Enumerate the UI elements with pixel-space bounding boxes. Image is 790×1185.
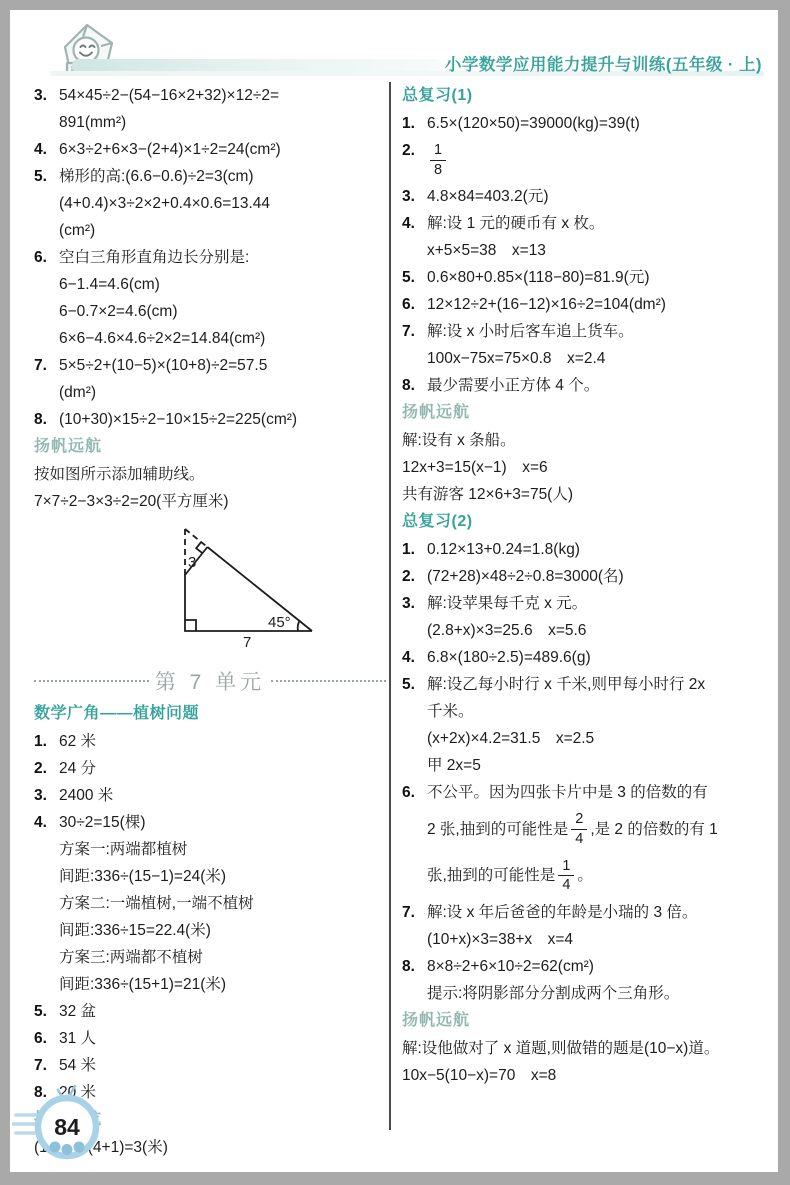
answer-line: 18 xyxy=(427,137,768,183)
item-body: (72+28)×48÷2÷0.8=3000(名) xyxy=(427,563,768,590)
item-body: 解:设 1 元的硬币有 x 枚。x+5×5=38 x=13 xyxy=(427,210,768,264)
answer-item: 6.31 人 xyxy=(34,1025,386,1052)
answer-line: (10+x)×3=38+x x=4 xyxy=(427,926,768,953)
item-number: 8. xyxy=(402,953,427,1007)
answer-line: 12×12÷2+(16−12)×16÷2=104(dm²) xyxy=(427,291,768,318)
answer-item: 7.解:设 x 小时后客车追上货车。100x−75x=75×0.8 x=2.4 xyxy=(402,318,768,372)
fraction: 14 xyxy=(558,858,574,894)
answer-line: 10x−5(10−x)=70 x=8 xyxy=(402,1062,768,1089)
answer-line: 0.6×80+0.85×(118−80)=81.9(元) xyxy=(427,264,768,291)
item-body: 54 米 xyxy=(59,1052,386,1079)
answer-line: 解:设有 x 条船。 xyxy=(402,427,768,454)
answer-line: 解:设乙每小时行 x 千米,则甲每小时行 2x xyxy=(427,671,768,698)
answer-line: 6−1.4=4.6(cm) xyxy=(59,271,386,298)
answer-item: 1.0.12×13+0.24=1.8(kg) xyxy=(402,536,768,563)
section-title: 数学广角——植树问题 xyxy=(34,700,386,728)
answer-item: 5.解:设乙每小时行 x 千米,则甲每小时行 2x千米。(x+2x)×4.2=3… xyxy=(402,671,768,779)
item-body: 解:设 x 小时后客车追上货车。100x−75x=75×0.8 x=2.4 xyxy=(427,318,768,372)
item-body: 62 米 xyxy=(59,728,386,755)
answer-line: (x+2x)×4.2=31.5 x=2.5 xyxy=(427,725,768,752)
answer-line: 62 米 xyxy=(59,728,386,755)
item-number: 5. xyxy=(402,264,427,291)
answer-item: 1.6.5×(120×50)=39000(kg)=39(t) xyxy=(402,110,768,137)
answer-line: 7×7÷2−3×3÷2=20(平方厘米) xyxy=(34,488,386,515)
answer-item: 6.12×12÷2+(16−12)×16÷2=104(dm²) xyxy=(402,291,768,318)
answer-item: 2.(72+28)×48÷2÷0.8=3000(名) xyxy=(402,563,768,590)
answer-line: 8×8÷2+6×10÷2=62(cm²) xyxy=(427,953,768,980)
answer-item: 7.解:设 x 年后爸爸的年龄是小瑞的 3 倍。(10+x)×3=38+x x=… xyxy=(402,899,768,953)
fraction-numerator: 2 xyxy=(571,811,587,830)
item-body: 30÷2=15(棵)方案一:两端都植树间距:336÷(15−1)=24(米)方案… xyxy=(59,809,386,998)
right-column: 总复习(1)1.6.5×(120×50)=39000(kg)=39(t)2.18… xyxy=(400,82,768,1089)
item-number: 2. xyxy=(34,755,59,782)
item-body: 最少需要小正方体 4 个。 xyxy=(427,372,768,399)
answer-item: 6.不公平。因为四张卡片中是 3 的倍数的有2 张,抽到的可能性是24,是 2 … xyxy=(402,779,768,899)
item-number: 1. xyxy=(402,536,427,563)
answer-line: 31 人 xyxy=(59,1025,386,1052)
answer-line: 最少需要小正方体 4 个。 xyxy=(427,372,768,399)
answer-item: 4.6.8×(180÷2.5)=489.6(g) xyxy=(402,644,768,671)
answer-line: 6.8×(180÷2.5)=489.6(g) xyxy=(427,644,768,671)
unit-divider: 第 7 单元 xyxy=(34,666,386,696)
section-subhead: 扬帆远航 xyxy=(402,399,768,427)
answer-line: 间距:336÷(15−1)=24(米) xyxy=(59,863,386,890)
answer-text: 2 张,抽到的可能性是 xyxy=(427,820,568,839)
answer-item: 8.8×8÷2+6×10÷2=62(cm²)提示:将阴影部分分割成两个三角形。 xyxy=(402,953,768,1007)
answer-line: 6.5×(120×50)=39000(kg)=39(t) xyxy=(427,110,768,137)
answer-item: 7.5×5÷2+(10−5)×(10+8)÷2=57.5(dm²) xyxy=(34,352,386,406)
answer-item: 5.32 盆 xyxy=(34,998,386,1025)
answer-item: 3.54×45÷2−(54−16×2+32)×12÷2=891(mm²) xyxy=(34,82,386,136)
item-body: 12×12÷2+(16−12)×16÷2=104(dm²) xyxy=(427,291,768,318)
item-number: 3. xyxy=(402,590,427,644)
answer-line: 梯形的高:(6.6−0.6)÷2=3(cm) xyxy=(59,163,386,190)
divider-dots xyxy=(34,680,149,682)
answer-line: (dm²) xyxy=(59,379,386,406)
item-number: 5. xyxy=(402,671,427,779)
answer-line: 24 分 xyxy=(59,755,386,782)
page-number-text: 84 xyxy=(54,1114,80,1140)
item-number: 7. xyxy=(402,899,427,953)
item-number: 1. xyxy=(402,110,427,137)
item-body: 6.5×(120×50)=39000(kg)=39(t) xyxy=(427,110,768,137)
item-body: 31 人 xyxy=(59,1025,386,1052)
item-number: 7. xyxy=(34,1052,59,1079)
answer-line: 共有游客 12×6+3=75(人) xyxy=(402,481,768,508)
answer-line: 54 米 xyxy=(59,1052,386,1079)
answer-line: 间距:336÷(15+1)=21(米) xyxy=(59,971,386,998)
book-title: 小学数学应用能力提升与训练(五年级 · 上) xyxy=(445,51,762,75)
answer-line: 方案三:两端都不植树 xyxy=(59,944,386,971)
answer-item: 6.空白三角形直角边长分别是:6−1.4=4.6(cm)6−0.7×2=4.6(… xyxy=(34,244,386,352)
item-number: 5. xyxy=(34,998,59,1025)
answer-line: 方案二:一端植树,一端不植树 xyxy=(59,890,386,917)
answer-line: x+5×5=38 x=13 xyxy=(427,237,768,264)
answer-line: 解:设 x 年后爸爸的年龄是小瑞的 3 倍。 xyxy=(427,899,768,926)
answer-line: (72+28)×48÷2÷0.8=3000(名) xyxy=(427,563,768,590)
answer-line: 12x+3=15(x−1) x=6 xyxy=(402,454,768,481)
item-number: 6. xyxy=(402,291,427,318)
answer-item: 3.解:设苹果每千克 x 元。(2.8+x)×3=25.6 x=5.6 xyxy=(402,590,768,644)
page-number-badge: 84 xyxy=(12,1077,112,1170)
answer-line: 张,抽到的可能性是14。 xyxy=(427,853,768,899)
item-number: 2. xyxy=(402,137,427,183)
answer-item: 3.4.8×84=403.2(元) xyxy=(402,183,768,210)
item-body: 5×5÷2+(10−5)×(10+8)÷2=57.5(dm²) xyxy=(59,352,386,406)
diagram-side-label: 3 xyxy=(188,554,196,571)
answer-line: 提示:将阴影部分分割成两个三角形。 xyxy=(427,980,768,1007)
answer-line: 4.8×84=403.2(元) xyxy=(427,183,768,210)
unit-title: 第 7 单元 xyxy=(149,666,271,696)
answer-line: 2400 米 xyxy=(59,782,386,809)
item-body: 解:设 x 年后爸爸的年龄是小瑞的 3 倍。(10+x)×3=38+x x=4 xyxy=(427,899,768,953)
answer-line: 间距:336÷15=22.4(米) xyxy=(59,917,386,944)
item-body: 6×3÷2+6×3−(2+4)×1÷2=24(cm²) xyxy=(59,136,386,163)
diagram-angle-label: 45° xyxy=(268,614,291,631)
answer-columns: 3.54×45÷2−(54−16×2+32)×12÷2=891(mm²)4.6×… xyxy=(34,82,768,1161)
answer-item: 2.24 分 xyxy=(34,755,386,782)
answer-line: 解:设他做对了 x 道题,则做错的题是(10−x)道。 xyxy=(402,1035,768,1062)
fraction-denominator: 4 xyxy=(575,830,583,848)
item-number: 2. xyxy=(402,563,427,590)
fraction-numerator: 1 xyxy=(430,142,446,161)
answer-item: 3.2400 米 xyxy=(34,782,386,809)
answer-line: (cm²) xyxy=(59,217,386,244)
answer-line: 2 张,抽到的可能性是24,是 2 的倍数的有 1 xyxy=(427,806,768,852)
item-number: 4. xyxy=(402,210,427,264)
item-body: 18 xyxy=(427,137,768,183)
section-title: 总复习(1) xyxy=(402,82,768,110)
answer-text: ,是 2 的倍数的有 1 xyxy=(590,820,717,839)
answer-line: 解:设 x 小时后客车追上货车。 xyxy=(427,318,768,345)
answer-text: 张,抽到的可能性是 xyxy=(427,866,555,885)
answer-item: 8.(10+30)×15÷2−10×15÷2=225(cm²) xyxy=(34,406,386,433)
answer-line: 空白三角形直角边长分别是: xyxy=(59,244,386,271)
item-body: (10+30)×15÷2−10×15÷2=225(cm²) xyxy=(59,406,386,433)
answer-line: 甲 2x=5 xyxy=(427,752,768,779)
answer-line: 方案一:两端都植树 xyxy=(59,836,386,863)
answer-line: 6×3÷2+6×3−(2+4)×1÷2=24(cm²) xyxy=(59,136,386,163)
diagram-base-label: 7 xyxy=(243,634,251,651)
answer-item: 1.62 米 xyxy=(34,728,386,755)
answer-line: 100x−75x=75×0.8 x=2.4 xyxy=(427,345,768,372)
item-number: 4. xyxy=(34,809,59,998)
item-number: 6. xyxy=(34,1025,59,1052)
column-divider xyxy=(389,82,391,1130)
item-body: 0.12×13+0.24=1.8(kg) xyxy=(427,536,768,563)
section-subhead: 扬帆远航 xyxy=(402,1007,768,1035)
item-number: 3. xyxy=(34,782,59,809)
item-body: 2400 米 xyxy=(59,782,386,809)
item-body: 24 分 xyxy=(59,755,386,782)
item-number: 6. xyxy=(34,244,59,352)
item-body: 不公平。因为四张卡片中是 3 的倍数的有2 张,抽到的可能性是24,是 2 的倍… xyxy=(427,779,768,899)
item-number: 3. xyxy=(402,183,427,210)
section-title: 总复习(2) xyxy=(402,508,768,536)
item-body: 空白三角形直角边长分别是:6−1.4=4.6(cm)6−0.7×2=4.6(cm… xyxy=(59,244,386,352)
item-body: 54×45÷2−(54−16×2+32)×12÷2=891(mm²) xyxy=(59,82,386,136)
item-number: 8. xyxy=(402,372,427,399)
fraction-denominator: 8 xyxy=(434,161,442,179)
left-column: 3.54×45÷2−(54−16×2+32)×12÷2=891(mm²)4.6×… xyxy=(34,82,386,1161)
section-subhead: 扬帆远航 xyxy=(34,433,386,461)
answer-text: 。 xyxy=(577,866,593,885)
divider-dots xyxy=(271,680,386,682)
fraction-numerator: 1 xyxy=(558,858,574,877)
answer-line: 6−0.7×2=4.6(cm) xyxy=(59,298,386,325)
answer-item: 5.梯形的高:(6.6−0.6)÷2=3(cm)(4+0.4)×3÷2×2+0.… xyxy=(34,163,386,244)
item-number: 8. xyxy=(34,406,59,433)
item-body: 6.8×(180÷2.5)=489.6(g) xyxy=(427,644,768,671)
item-body: 32 盆 xyxy=(59,998,386,1025)
answer-item: 5.0.6×80+0.85×(118−80)=81.9(元) xyxy=(402,264,768,291)
fraction: 24 xyxy=(571,811,587,847)
answer-line: (2.8+x)×3=25.6 x=5.6 xyxy=(427,617,768,644)
triangle-diagram: 3745° xyxy=(100,519,386,656)
item-body: 解:设乙每小时行 x 千米,则甲每小时行 2x千米。(x+2x)×4.2=31.… xyxy=(427,671,768,779)
answer-line: 千米。 xyxy=(427,698,768,725)
triangle-figure: 3745° xyxy=(100,519,335,651)
item-body: 8×8÷2+6×10÷2=62(cm²)提示:将阴影部分分割成两个三角形。 xyxy=(427,953,768,1007)
answer-line: 54×45÷2−(54−16×2+32)×12÷2= xyxy=(59,82,386,109)
answer-line: 按如图所示添加辅助线。 xyxy=(34,461,386,488)
item-number: 5. xyxy=(34,163,59,244)
fraction: 18 xyxy=(430,142,446,178)
answer-line: 不公平。因为四张卡片中是 3 的倍数的有 xyxy=(427,779,768,806)
fraction-denominator: 4 xyxy=(562,876,570,894)
item-number: 4. xyxy=(34,136,59,163)
answer-item: 4.6×3÷2+6×3−(2+4)×1÷2=24(cm²) xyxy=(34,136,386,163)
item-number: 3. xyxy=(34,82,59,136)
book-page: 小学数学应用能力提升与训练(五年级 · 上) 3.54×45÷2−(54−16×… xyxy=(10,10,778,1172)
answer-line: 0.12×13+0.24=1.8(kg) xyxy=(427,536,768,563)
answer-item: 4.解:设 1 元的硬币有 x 枚。x+5×5=38 x=13 xyxy=(402,210,768,264)
answer-line: (10+30)×15÷2−10×15÷2=225(cm²) xyxy=(59,406,386,433)
answer-item: 4.30÷2=15(棵)方案一:两端都植树间距:336÷(15−1)=24(米)… xyxy=(34,809,386,998)
item-body: 梯形的高:(6.6−0.6)÷2=3(cm)(4+0.4)×3÷2×2+0.4×… xyxy=(59,163,386,244)
answer-line: (4+0.4)×3÷2×2+0.4×0.6=13.44 xyxy=(59,190,386,217)
item-number: 6. xyxy=(402,779,427,899)
answer-line: 解:设苹果每千克 x 元。 xyxy=(427,590,768,617)
answer-line: 30÷2=15(棵) xyxy=(59,809,386,836)
answer-line: 32 盆 xyxy=(59,998,386,1025)
item-body: 4.8×84=403.2(元) xyxy=(427,183,768,210)
item-number: 7. xyxy=(34,352,59,406)
answer-line: 891(mm²) xyxy=(59,109,386,136)
answer-item: 7.54 米 xyxy=(34,1052,386,1079)
answer-line: 6×6−4.6×4.6÷2×2=14.84(cm²) xyxy=(59,325,386,352)
answer-item: 8.最少需要小正方体 4 个。 xyxy=(402,372,768,399)
item-number: 7. xyxy=(402,318,427,372)
answer-line: 解:设 1 元的硬币有 x 枚。 xyxy=(427,210,768,237)
item-number: 1. xyxy=(34,728,59,755)
answer-item: 2.18 xyxy=(402,137,768,183)
item-number: 4. xyxy=(402,644,427,671)
item-body: 0.6×80+0.85×(118−80)=81.9(元) xyxy=(427,264,768,291)
answer-line: 5×5÷2+(10−5)×(10+8)÷2=57.5 xyxy=(59,352,386,379)
item-body: 解:设苹果每千克 x 元。(2.8+x)×3=25.6 x=5.6 xyxy=(427,590,768,644)
